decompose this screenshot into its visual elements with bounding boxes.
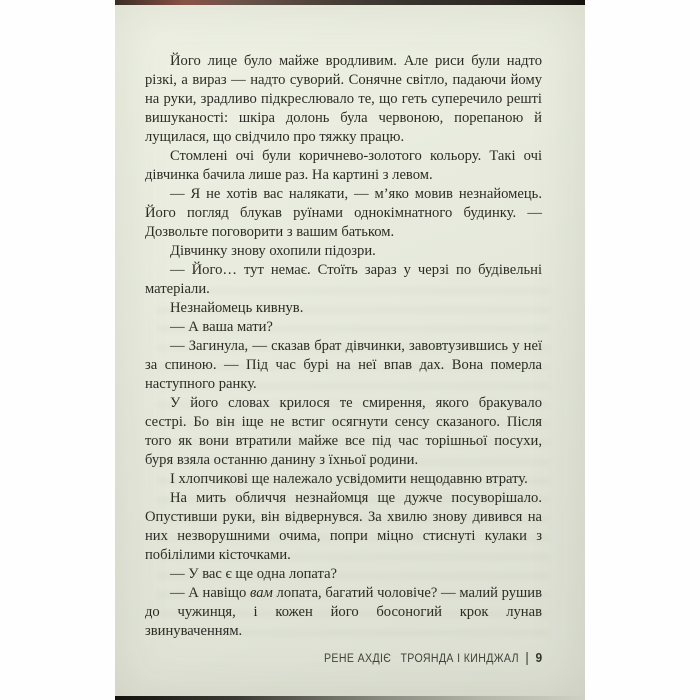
body-paragraph: — Його… тут немає. Стоїть зараз у черзі …	[145, 261, 542, 299]
body-paragraph: У його словах крилося те смирення, якого…	[145, 394, 542, 470]
footer-author: РЕНЕ АХДІЄ	[324, 653, 391, 665]
body-paragraph: — А ваша мати?	[145, 318, 542, 337]
body-paragraph: Його лице було майже вродливим. Але риси…	[145, 52, 542, 147]
body-paragraph: — У вас є ще одна лопата?	[145, 565, 542, 584]
footer-book-title: ТРОЯНДА І КИНДЖАЛ	[401, 653, 519, 665]
page-bottom-edge	[115, 696, 585, 700]
screenshot-canvas: Його лице було майже вродливим. Але риси…	[0, 0, 700, 700]
book-page: Його лице було майже вродливим. Але риси…	[115, 0, 585, 700]
body-paragraph: Дівчинку знову охопили підозри.	[145, 242, 542, 261]
footer-separator: |	[526, 649, 530, 665]
italic-word: вам	[250, 585, 273, 601]
body-paragraph: І хлопчикові ще належало усвідомити нещо…	[145, 470, 542, 489]
page-top-edge	[115, 0, 585, 5]
running-footer: РЕНЕ АХДІЄ ТРОЯНДА І КИНДЖАЛ | 9	[324, 649, 543, 665]
paragraph-text-segment: — А навіщо	[170, 585, 250, 601]
body-paragraph: Незнайомець кивнув.	[145, 299, 542, 318]
body-paragraph: Стомлені очі були коричнево-золотого кол…	[145, 147, 542, 185]
body-paragraph: На мить обличчя незнайомця ще дужче посу…	[145, 489, 542, 565]
footer-page-number: 9	[536, 650, 543, 665]
text-block: Його лице було майже вродливим. Але риси…	[145, 52, 542, 641]
body-paragraph: — А навіщо вам лопата, багатий чоловіче?…	[145, 584, 542, 641]
body-paragraph: — Загинула, — сказав брат дівчинки, заво…	[145, 337, 542, 394]
body-paragraph: — Я не хотів вас налякати, — м’яко мовив…	[145, 185, 542, 242]
